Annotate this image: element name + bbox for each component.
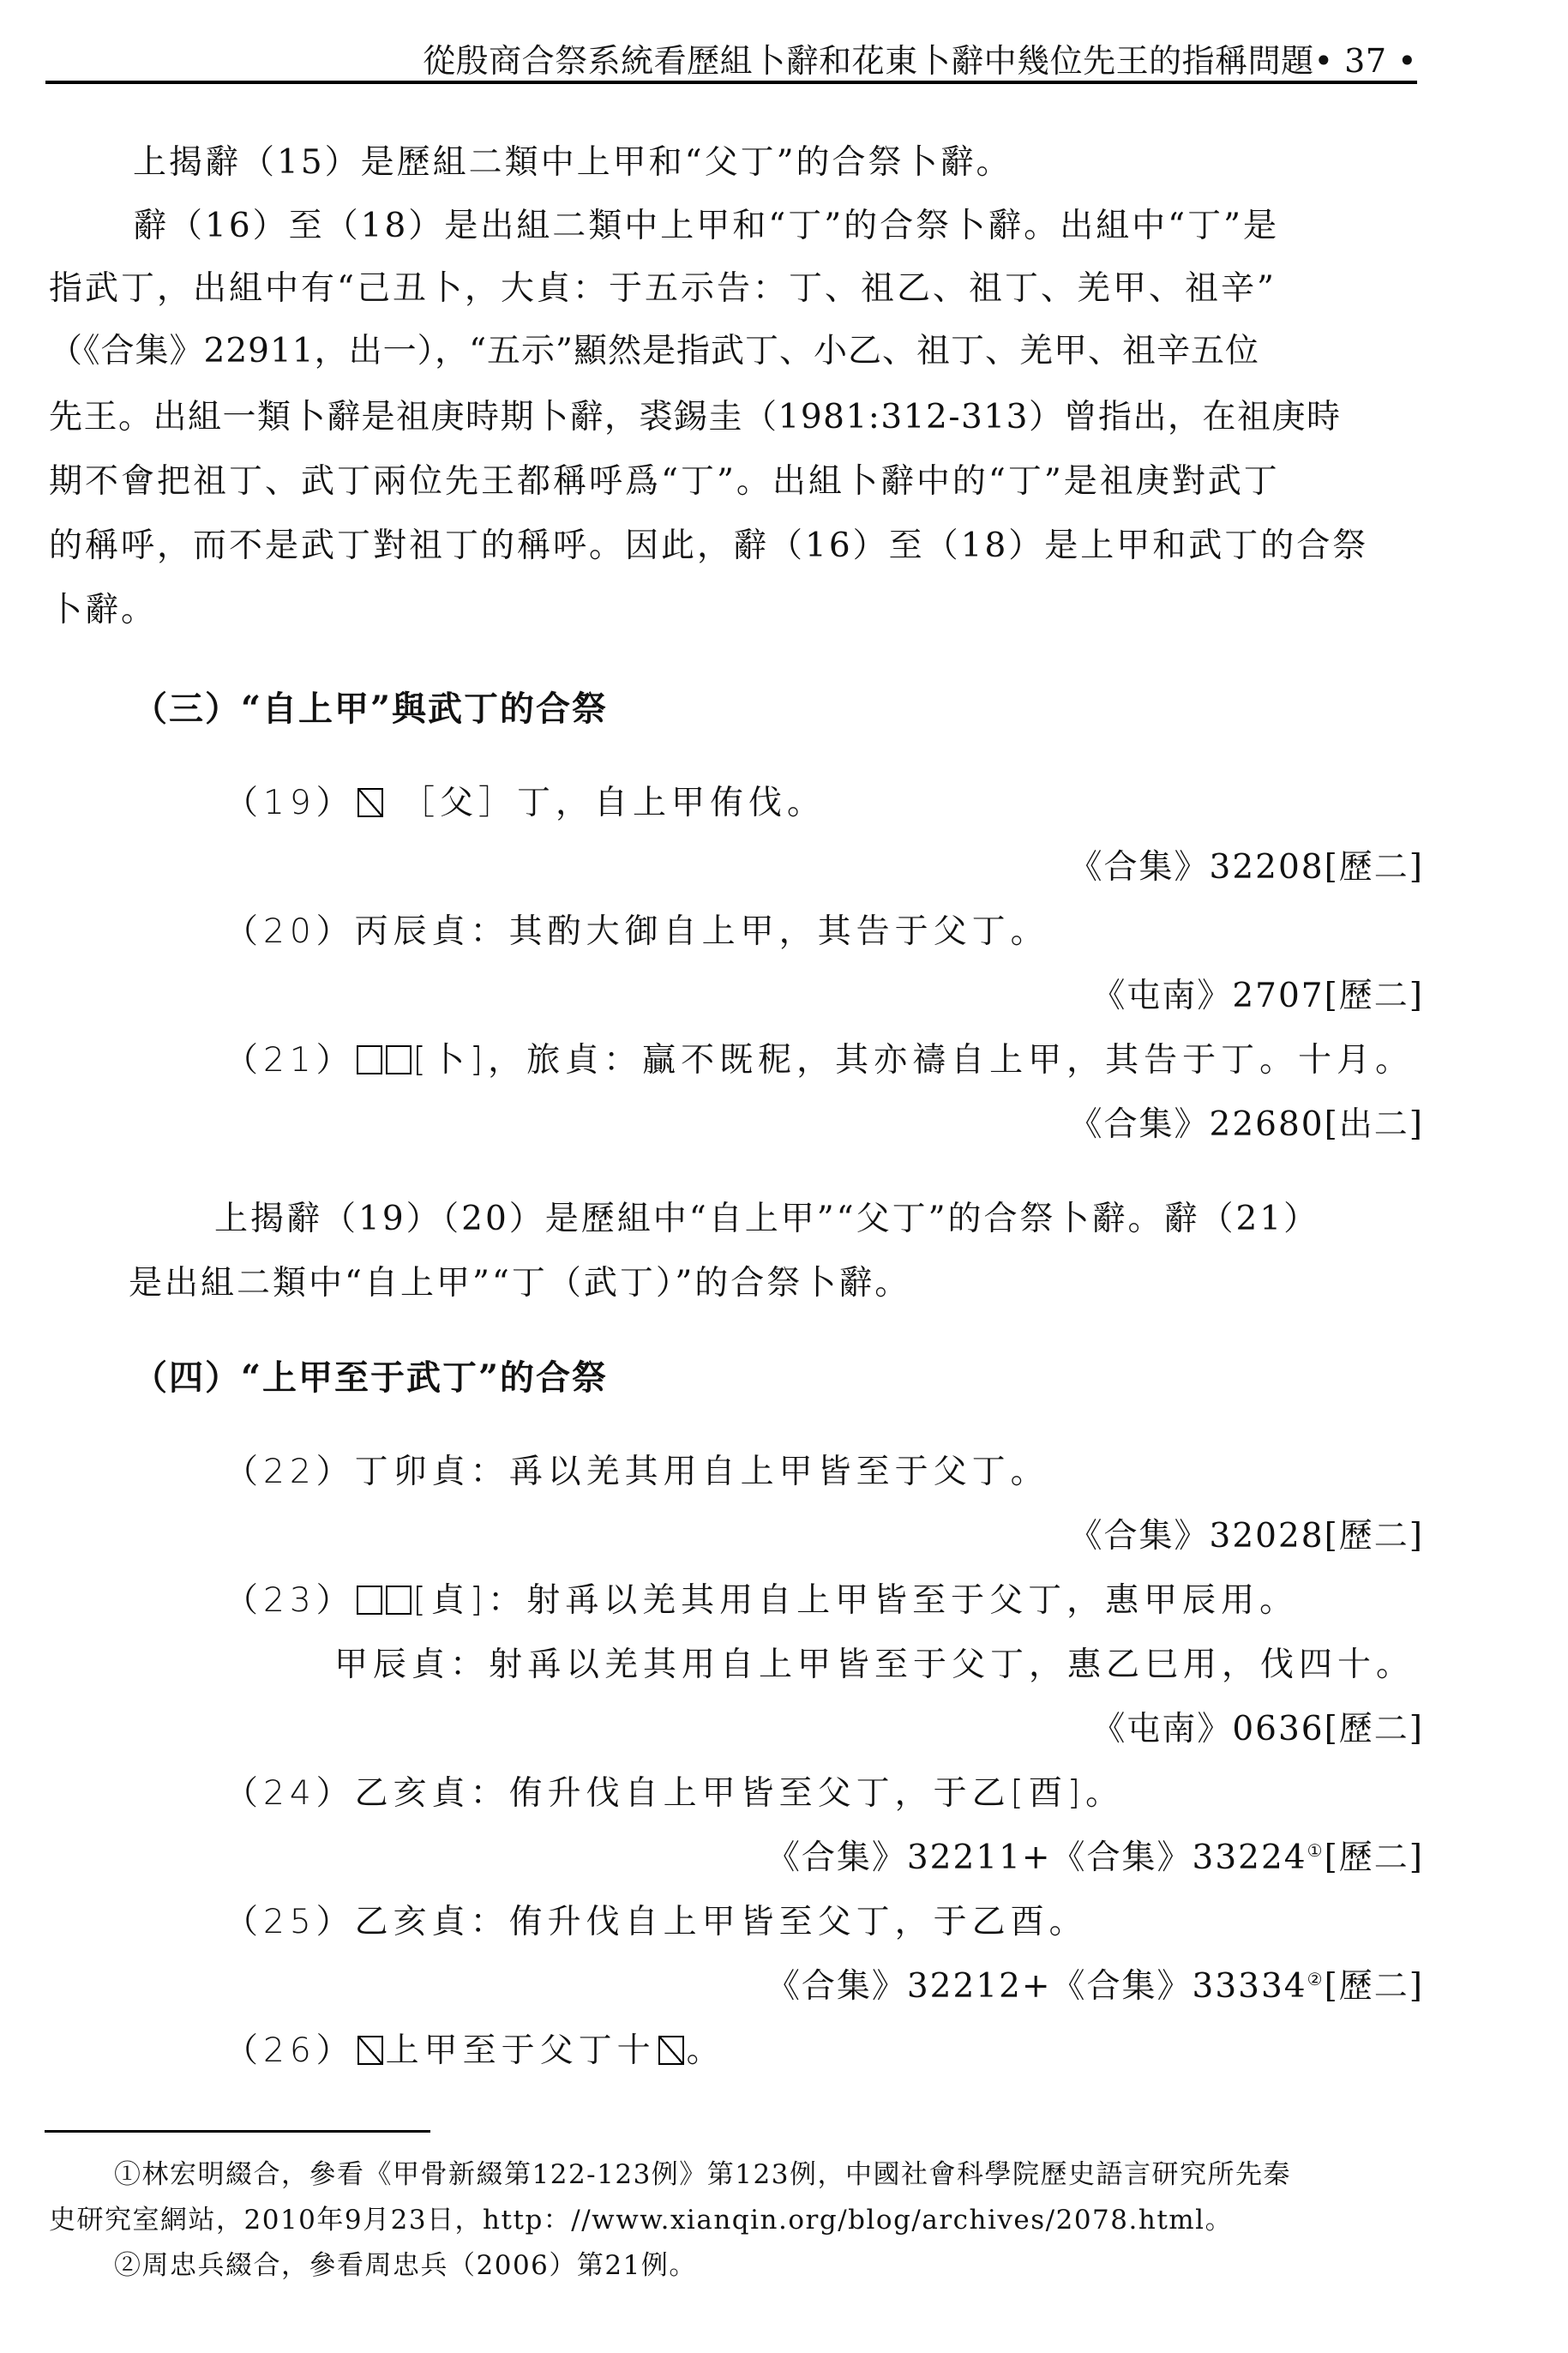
inscription-26: （26）上甲至于父丁十。 (225, 2024, 725, 2072)
inscription-21: （21）[卜]，旅貞：贏不既秜，其亦禱自上甲，其告于丁。十月。 (225, 1033, 1414, 1081)
inscription-24: （24）乙亥貞：侑升伐自上甲皆至父丁，于乙[酉]。 (225, 1766, 1124, 1814)
missing-char-icon (386, 1045, 412, 1074)
paragraph-line: 卜辭。 (49, 583, 157, 631)
inscription-25: （25）乙亥貞：侑升伐自上甲皆至父丁，于乙酉。 (225, 1895, 1088, 1943)
footnote-1-cont: 史研究室網站，2010年9月23日，http：//www.xianqin.org… (49, 2198, 1233, 2236)
header-rule (45, 81, 1417, 84)
inscription-number: （26） (225, 2031, 355, 2070)
inscription-23: （23）[貞]：射爯以羌其用自上甲皆至于父丁，惠甲辰用。 (225, 1574, 1298, 1622)
inscription-source: 《合集》32028[歷二] (1069, 1509, 1425, 1557)
inscription-source: 《屯南》0636[歷二] (1091, 1702, 1424, 1750)
paragraph-line: 上揭辭（15）是歷組二類中上甲和“父丁”的合祭卜辭。 (133, 135, 1012, 184)
missing-char-icon (357, 1045, 382, 1074)
inscription-19: （19） ［父］丁，自上甲侑伐。 (225, 776, 826, 824)
paragraph-line: 先王。出組一類卜辭是祖庚時期卜辭，裘錫圭（1981:312-313）曾指出，在祖… (49, 390, 1341, 438)
inscription-source: 《屯南》2707[歷二] (1091, 969, 1424, 1017)
section-heading: （三）“自上甲”與武丁的合祭 (133, 682, 608, 731)
broken-char-icon (357, 788, 383, 817)
footnote-2: ②周忠兵綴合，參看周忠兵（2006）第21例。 (114, 2243, 697, 2282)
section-heading: （四）“上甲至于武丁”的合祭 (133, 1351, 608, 1399)
inscription-22: （22）丁卯貞：爯以羌其用自上甲皆至于父丁。 (225, 1445, 1049, 1493)
missing-char-icon (386, 1586, 412, 1615)
inscription-number: （19） (225, 784, 355, 822)
inscription-source: 《合集》32211+《合集》33224①[歷二] (766, 1831, 1424, 1879)
inscription-23-line2: 甲辰貞：射爯以羌其用自上甲皆至于父丁，惠乙巳用，伐四十。 (334, 1638, 1415, 1686)
inscription-source: 《合集》32208[歷二] (1069, 840, 1425, 888)
inscription-number: （22） (225, 1453, 355, 1491)
footnote-rule (45, 2130, 430, 2133)
footnote-ref-2[interactable]: ② (1307, 1969, 1325, 1989)
broken-char-icon (357, 2036, 383, 2065)
inscription-number: （24） (225, 1774, 355, 1813)
footnote-ref-1[interactable]: ① (1307, 1840, 1325, 1861)
running-header: 從殷商合祭系統看歷組卜辭和花東卜辭中幾位先王的指稱問題• 37 • (423, 34, 1417, 81)
inscription-number: （21） (225, 1041, 355, 1080)
missing-char-icon (357, 1586, 382, 1615)
paragraph-line: 辭（16）至（18）是出組二類中上甲和“丁”的合祭卜辭。出組中“丁”是 (133, 199, 1279, 247)
broken-char-icon (658, 2036, 684, 2065)
footnote-1: ①林宏明綴合，參看《甲骨新綴第122-123例》第123例，中國社會科學院歷史語… (114, 2152, 1291, 2191)
inscription-number: （25） (225, 1903, 355, 1941)
paragraph-line: 上揭辭（19）（20）是歷組中“自上甲”“父丁”的合祭卜辭。辭（21） (214, 1192, 1319, 1240)
inscription-number: （20） (225, 912, 355, 951)
inscription-number: （23） (225, 1581, 355, 1620)
paragraph-line: 指武丁，出組中有“己丑卜，大貞：于五示告：丁、祖乙、祖丁、羌甲、祖辛” (49, 262, 1277, 310)
inscription-20: （20）丙辰貞：其酌大御自上甲，其告于父丁。 (225, 905, 1049, 953)
paragraph-line: 的稱呼，而不是武丁對祖丁的稱呼。因此，辭（16）至（18）是上甲和武丁的合祭 (49, 519, 1368, 567)
inscription-source: 《合集》22680[出二] (1069, 1098, 1425, 1146)
paragraph-line: 期不會把祖丁、武丁兩位先王都稱呼爲“丁”。出組卜辭中的“丁”是祖庚對武丁 (49, 454, 1280, 502)
inscription-source: 《合集》32212+《合集》33334②[歷二] (766, 1959, 1424, 2007)
page-number: • 37 • (1314, 42, 1417, 80)
running-title: 從殷商合祭系統看歷組卜辭和花東卜辭中幾位先王的指稱問題 (423, 42, 1314, 80)
paragraph-line: 是出組二類中“自上甲”“丁（武丁）”的合祭卜辭。 (129, 1256, 910, 1304)
paragraph-line: （《合集》22911，出一），“五示”顯然是指武丁、小乙、祖丁、羌甲、祖辛五位 (49, 324, 1259, 372)
